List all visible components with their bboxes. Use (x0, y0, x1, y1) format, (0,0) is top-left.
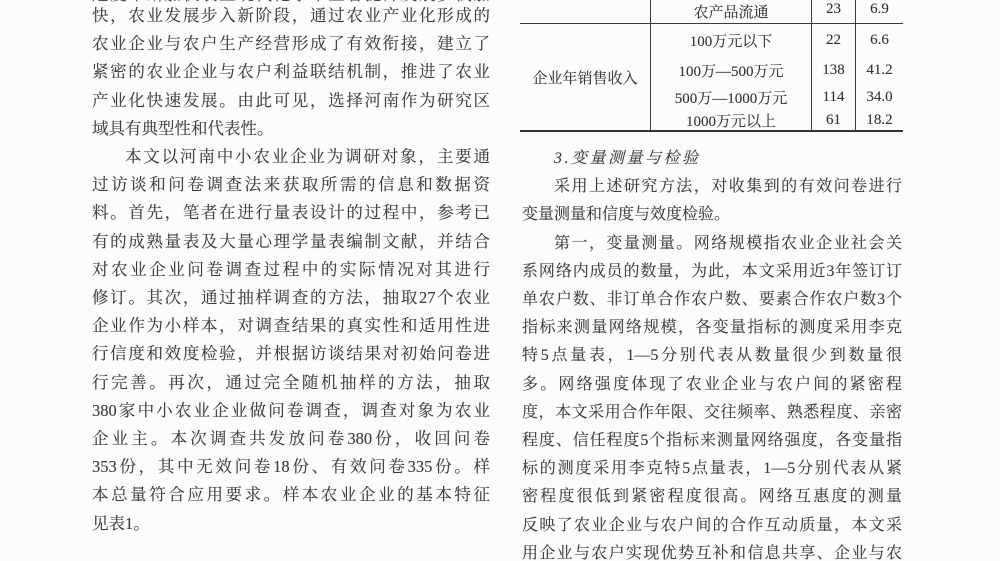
table-cell-percent: 34.0 (856, 84, 903, 111)
text-line: 过访谈和问卷调查法来获取所需的信息和数据资 (92, 171, 490, 199)
text-line: 变量测量和信度与效度检验。 (522, 201, 902, 229)
table-cell-label: 500万—1000万元 (651, 84, 812, 111)
text-line: 第一，变量测量。网络规模指农业企业社会关 (522, 230, 902, 258)
text-line: 353份，其中无效问卷18份、有效问卷335份。样 (92, 453, 490, 481)
sample-characteristics-table: 农产品流通 23 6.9 企业年销售收入 100万元以下 22 6.6 100万… (520, 0, 903, 132)
left-paragraph-1: 快，农业发展步入新阶段，通过农业产业化形成的农业企业与农户生产经营形成了有效衔接… (92, 2, 490, 143)
text-line: 紧密的农业企业与农户利益联结机制，推进了农业 (92, 58, 490, 86)
text-line: 料。首先，笔者在进行量表设计的过程中，参考已 (92, 199, 490, 227)
text-line: 企业主。本次调查共发放问卷380份，收回问卷 (92, 425, 490, 453)
right-column: 3.变量测量与检验 采用上述研究方法，对收集到的有效问卷进行变量测量和信度与效度… (522, 145, 902, 561)
text-line: 多。网络强度体现了农业企业与农户间的紧密程 (522, 371, 902, 399)
section-heading: 3.变量测量与检验 (522, 145, 902, 173)
table-cell-count: 138 (812, 57, 856, 84)
left-column: 快，农业发展步入新阶段，通过农业产业化形成的农业企业与农户生产经营形成了有效衔接… (92, 2, 490, 538)
text-line: 见表1。 (92, 510, 490, 538)
text-line: 度，本文采用合作年限、交往频率、熟悉程度、亲密 (522, 399, 902, 427)
text-line: 密程度很低到紧密程度很高。网络互惠度的测量 (522, 483, 902, 511)
text-line: 行完善。再次，通过完全随机抽样的方法，抽取 (92, 369, 490, 397)
right-paragraph-2: 第一，变量测量。网络规模指农业企业社会关系网络内成员的数量，为此，本文采用近3年… (522, 230, 902, 561)
right-paragraph-1: 采用上述研究方法，对收集到的有效问卷进行变量测量和信度与效度检验。 (522, 173, 902, 229)
text-line: 农业企业与农户生产经营形成了有效衔接，建立了 (92, 30, 490, 58)
text-line: 对农业企业问卷调查过程中的实际情况对其进行 (92, 256, 490, 284)
table-cell-percent: 6.6 (856, 24, 903, 57)
table-cell-category: 企业年销售收入 (520, 24, 651, 130)
table-cell-percent: 18.2 (856, 111, 903, 130)
text-line: 反映了农业企业与农户间的合作互动质量，本文采 (522, 512, 902, 540)
text-line: 行信度和效度检验，并根据访谈结果对初始问卷进 (92, 340, 490, 368)
text-line: 程度、信任程度5个指标来测量网络强度，各变量指 (522, 427, 902, 455)
text-line: 标的测度采用李克特5点量表，1—5分别代表从紧 (522, 455, 902, 483)
text-line: 380家中小农业企业做问卷调查，调查对象为农业 (92, 397, 490, 425)
table-cell-label: 农产品流通 (651, 0, 812, 23)
table-cell-count: 22 (812, 24, 856, 57)
text-line: 产业化快速发展。由此可见，选择河南作为研究区 (92, 87, 490, 115)
table-cell-label: 1000万元以上 (651, 111, 812, 130)
text-line: 快，农业发展步入新阶段，通过农业产业化形成的 (92, 2, 490, 30)
text-line: 域具有典型性和代表性。 (92, 115, 490, 143)
text-line: 企业作为小样本，对调查结果的真实性和适用性进 (92, 312, 490, 340)
table-cell-label: 100万—500万元 (651, 57, 812, 84)
table-cell-label: 100万元以下 (651, 24, 812, 57)
table-cell-count: 61 (812, 111, 856, 130)
table-cell-category (520, 0, 651, 23)
text-line: 用企业与农户实现优势互补和信息共享、企业与农 (522, 540, 902, 561)
table-cell-percent: 41.2 (856, 57, 903, 84)
scanned-paper-page: 速度不断加快农业现代化水平显著提升发展步伐加 快，农业发展步入新阶段，通过农业产… (0, 0, 1000, 561)
text-line: 系网络内成员的数量，为此，本文采用近3年签订订 (522, 258, 902, 286)
left-paragraph-2: 本文以河南中小农业企业为调研对象，主要通过访谈和问卷调查法来获取所需的信息和数据… (92, 143, 490, 538)
text-line: 有的成熟量表及大量心理学量表编制文献，并结合 (92, 228, 490, 256)
table-row: 农产品流通 23 6.9 (520, 0, 903, 24)
text-line: 修订。其次，通过抽样调查的方法，抽取27个农业 (92, 284, 490, 312)
text-line: 指标来测量网络规模，各变量指标的测度采用李克 (522, 314, 902, 342)
table-cell-count: 114 (812, 84, 856, 111)
table-cell-count: 23 (812, 0, 856, 23)
text-line: 单农户数、非订单合作农户数、要素合作农户数3个 (522, 286, 902, 314)
table-cell-percent: 6.9 (856, 0, 903, 23)
text-line: 本总量符合应用要求。样本农业企业的基本特征 (92, 481, 490, 509)
text-line: 采用上述研究方法，对收集到的有效问卷进行 (522, 173, 902, 201)
table-revenue-group: 企业年销售收入 100万元以下 22 6.6 100万—500万元 138 41… (520, 24, 903, 132)
text-line: 本文以河南中小农业企业为调研对象，主要通 (92, 143, 490, 171)
text-line: 特5点量表，1—5分别代表从数量很少到数量很 (522, 342, 902, 370)
